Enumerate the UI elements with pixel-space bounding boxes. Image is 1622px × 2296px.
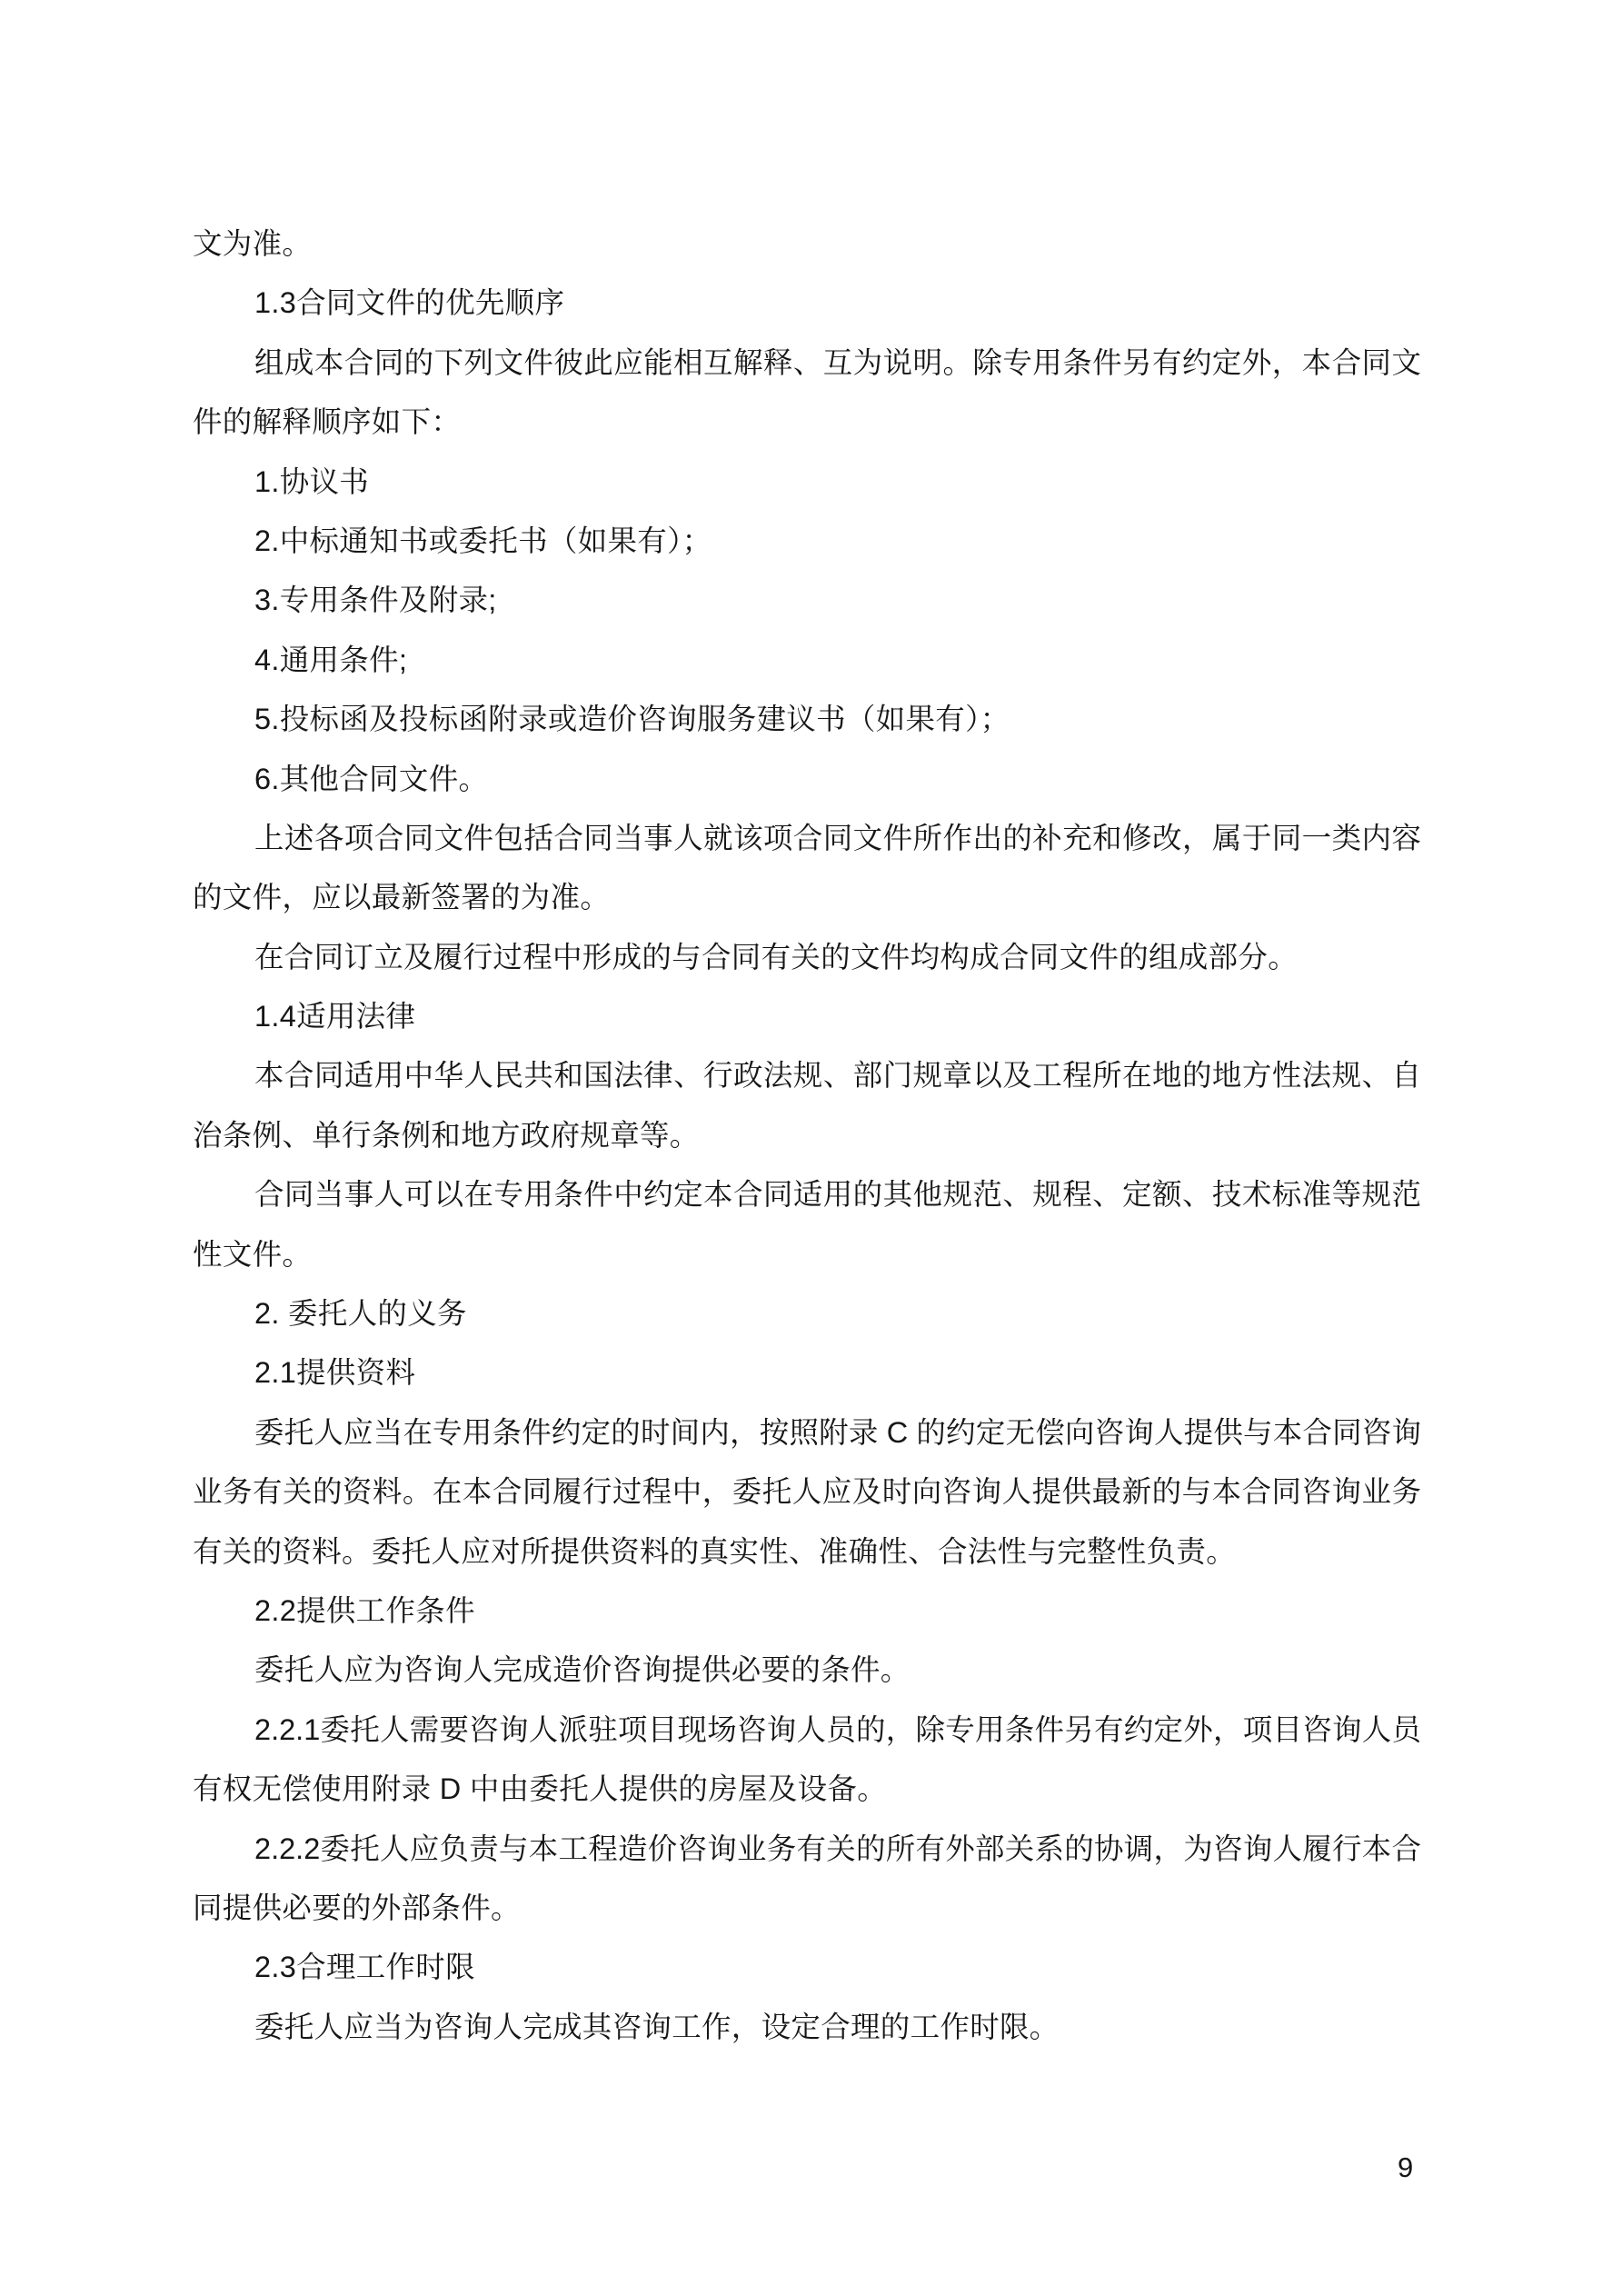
text-line: 委托人应当在专用条件约定的时间内，按照附录 C 的约定无偿向咨询人提供与本合同咨… <box>193 1403 1421 1462</box>
text-line: 5.投标函及投标函附录或造价咨询服务建议书（如果有）； <box>193 690 1421 749</box>
text-line: 有关的资料。委托人应对所提供资料的真实性、准确性、合法性与完整性负责。 <box>193 1522 1421 1582</box>
text-line: 6.其他合同文件。 <box>193 750 1421 809</box>
text-line: 2.中标通知书或委托书（如果有）； <box>193 512 1421 571</box>
text-line: 同提供必要的外部条件。 <box>193 1879 1421 1938</box>
text-line: 有权无偿使用附录 D 中由委托人提供的房屋及设备。 <box>193 1760 1421 1819</box>
text-line: 性文件。 <box>193 1225 1421 1284</box>
text-line: 业务有关的资料。在本合同履行过程中，委托人应及时向咨询人提供最新的与本合同咨询业… <box>193 1462 1421 1522</box>
text-line: 上述各项合同文件包括合同当事人就该项合同文件所作出的补充和修改，属于同一类内容 <box>193 809 1421 868</box>
text-line: 2.2.1委托人需要咨询人派驻项目现场咨询人员的，除专用条件另有约定外，项目咨询… <box>193 1701 1421 1760</box>
text-line: 文为准。 <box>193 215 1421 274</box>
text-line: 3.专用条件及附录; <box>193 571 1421 630</box>
text-line: 委托人应当为咨询人完成其咨询工作，设定合理的工作时限。 <box>193 1998 1421 2057</box>
text-line: 组成本合同的下列文件彼此应能相互解释、互为说明。除专用条件另有约定外，本合同文 <box>193 334 1421 393</box>
document-body: 文为准。1.3合同文件的优先顺序组成本合同的下列文件彼此应能相互解释、互为说明。… <box>193 215 1421 2057</box>
page-number: 9 <box>1398 2151 1413 2184</box>
text-line: 本合同适用中华人民共和国法律、行政法规、部门规章以及工程所在地的地方性法规、自 <box>193 1046 1421 1105</box>
text-line: 2.2.2委托人应负责与本工程造价咨询业务有关的所有外部关系的协调，为咨询人履行… <box>193 1820 1421 1879</box>
text-line: 合同当事人可以在专用条件中约定本合同适用的其他规范、规程、定额、技术标准等规范 <box>193 1165 1421 1224</box>
text-line: 的文件，应以最新签署的为准。 <box>193 868 1421 927</box>
text-line: 在合同订立及履行过程中形成的与合同有关的文件均构成合同文件的组成部分。 <box>193 928 1421 987</box>
text-line: 1.4适用法律 <box>193 987 1421 1046</box>
text-line: 治条例、单行条例和地方政府规章等。 <box>193 1106 1421 1165</box>
text-line: 2.1提供资料 <box>193 1343 1421 1403</box>
text-line: 2.2提供工作条件 <box>193 1582 1421 1641</box>
text-line: 2. 委托人的义务 <box>193 1284 1421 1343</box>
text-line: 件的解释顺序如下： <box>193 393 1421 452</box>
text-line: 1.协议书 <box>193 453 1421 512</box>
text-line: 2.3合理工作时限 <box>193 1938 1421 1997</box>
text-line: 委托人应为咨询人完成造价咨询提供必要的条件。 <box>193 1641 1421 1700</box>
text-line: 4.通用条件; <box>193 631 1421 690</box>
text-line: 1.3合同文件的优先顺序 <box>193 274 1421 333</box>
document-page: 文为准。1.3合同文件的优先顺序组成本合同的下列文件彼此应能相互解释、互为说明。… <box>0 0 1622 2296</box>
